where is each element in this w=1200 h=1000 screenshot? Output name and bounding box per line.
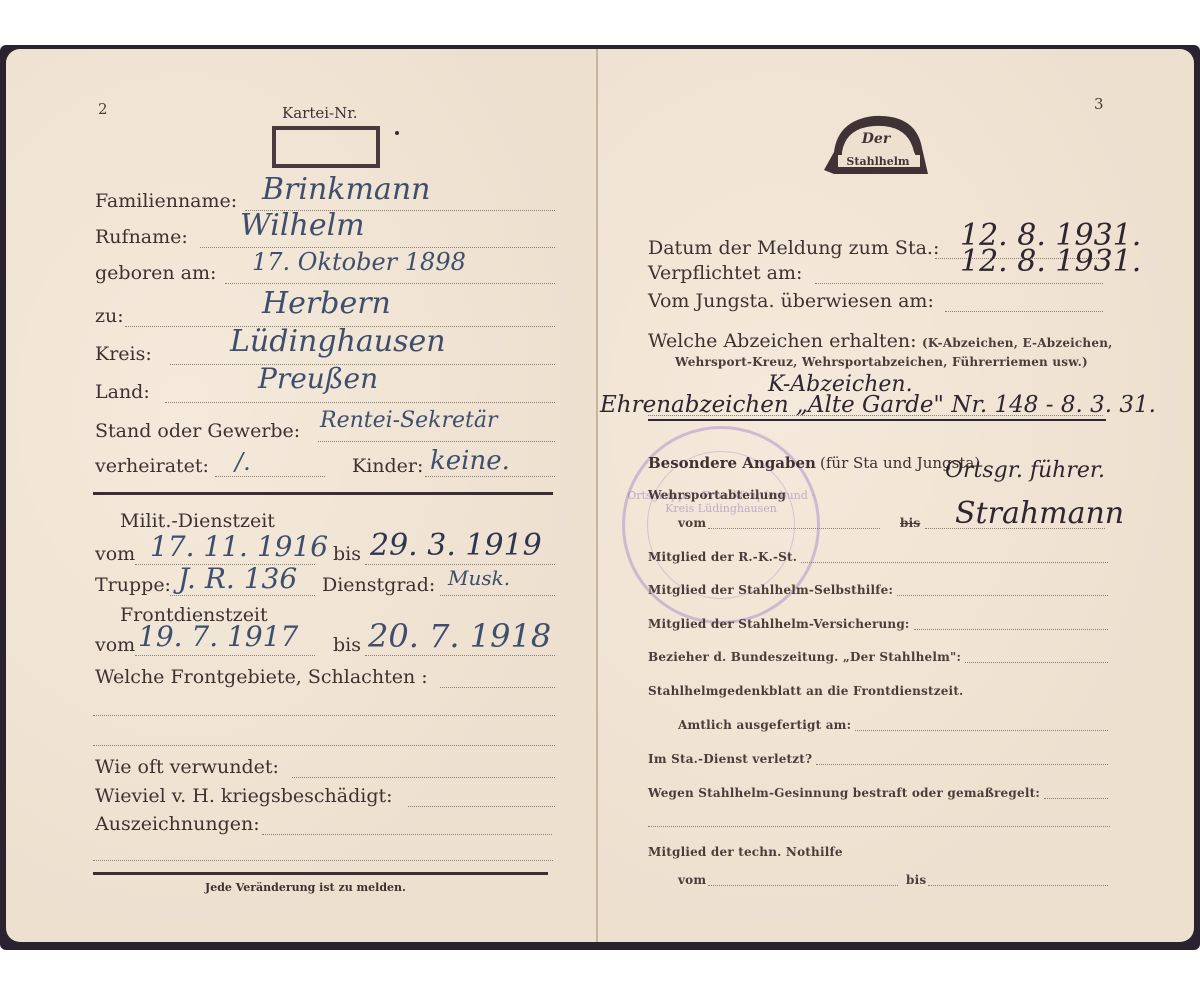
verheiratet-value[interactable]: /. — [235, 448, 251, 476]
truppe-value[interactable]: J. R. 136 — [178, 562, 297, 595]
militaer-bis-label: bis — [333, 543, 361, 565]
familienname-value[interactable]: Brinkmann — [262, 172, 430, 207]
kinder-value[interactable]: keine. — [430, 446, 510, 476]
frontgebiete-line-2 — [93, 715, 555, 716]
field-label: Wegen Stahlhelm-Gesinnung bestraft oder … — [648, 786, 1040, 800]
field-label: Mitglied der R.-K.-St. — [648, 550, 797, 564]
front-vom-label: vom — [95, 634, 135, 656]
frontgebiete-label: Welche Frontgebiete, Schlachten : — [95, 666, 428, 688]
kreis-value[interactable]: Lüdinghausen — [230, 324, 446, 359]
wehrsport-vom-line — [708, 528, 880, 529]
militaer-heading: Milit.-Dienstzeit — [120, 510, 275, 532]
front-bis-value[interactable]: 20. 7. 1918 — [368, 617, 551, 655]
section-divider — [93, 492, 553, 495]
kreis-label: Kreis: — [95, 343, 152, 365]
kartei-number-box[interactable] — [272, 126, 380, 168]
wehrsport-vom-label: vom — [678, 516, 706, 530]
militaer-vom-label: vom — [95, 543, 135, 565]
meldung-label: Datum der Meldung zum Sta.: — [648, 237, 939, 259]
jungsta-label: Vom Jungsta. überwiesen am: — [648, 290, 934, 312]
field-line[interactable] — [965, 662, 1108, 663]
abzeichen-label: Welche Abzeichen erhalten: — [648, 330, 917, 352]
field-line[interactable] — [816, 764, 1108, 765]
page-number-left: 2 — [98, 100, 108, 118]
front-vom-value[interactable]: 19. 7. 1917 — [138, 620, 298, 653]
field-label: Mitglied der Stahlhelm-Versicherung: — [648, 617, 910, 631]
stamp-inner-ring — [647, 451, 795, 599]
kriegsbeschaedigt-line — [408, 806, 555, 807]
frontgebiete-line-1 — [440, 687, 555, 688]
nothilfe-vom-line[interactable] — [708, 885, 898, 886]
kriegsbeschaedigt-label: Wieviel v. H. kriegsbeschädigt: — [95, 785, 393, 807]
besondere-annotation[interactable]: Ortsgr. führer. — [945, 458, 1105, 483]
stand-value[interactable]: Rentei-Sekretär — [320, 408, 498, 433]
abzeichen-hint-2: Wehrsport-Kreuz, Wehrsportabzeichen, Füh… — [675, 355, 1088, 369]
truppe-line — [170, 595, 315, 596]
verpflichtet-value[interactable]: 12. 8. 1931. — [960, 244, 1141, 279]
familienname-label: Familienname: — [95, 190, 237, 212]
land-line — [165, 402, 555, 403]
field-line[interactable] — [855, 730, 1108, 731]
frontgebiete-line-3 — [93, 745, 555, 746]
ink-dot — [395, 131, 399, 135]
militaer-bis-line — [365, 564, 555, 565]
nothilfe-bis-line[interactable] — [928, 885, 1108, 886]
field-label: Stahlhelmgedenkblatt an die Frontdienstz… — [648, 684, 963, 698]
page-number-right: 3 — [1094, 95, 1104, 113]
land-label: Land: — [95, 381, 150, 403]
field-line[interactable] — [1044, 798, 1108, 799]
geboren-value[interactable]: 17. Oktober 1898 — [252, 248, 466, 276]
field-label: Bezieher d. Bundeszeitung. „Der Stahlhel… — [648, 650, 961, 664]
footer-divider — [93, 872, 548, 875]
kinder-label: Kinder: — [352, 455, 423, 477]
auszeichnungen-line-1 — [262, 834, 552, 835]
militaer-vom-value[interactable]: 17. 11. 1916 — [150, 530, 328, 563]
besondere-heading: Besondere Angaben — [648, 454, 816, 472]
wehrsport-bis-label: bis — [900, 516, 920, 530]
footer-note: Jede Veränderung ist zu melden. — [205, 881, 406, 894]
gemassregelt-line-2[interactable] — [648, 826, 1110, 827]
abzeichen-underline — [648, 419, 1106, 421]
rufname-label: Rufname: — [95, 226, 188, 248]
nothilfe-bis-label: bis — [906, 873, 926, 887]
kinder-line — [425, 476, 555, 477]
kartei-label: Kartei-Nr. — [282, 104, 358, 122]
field-label: Mitglied der Stahlhelm-Selbsthilfe: — [648, 583, 893, 597]
field-label: Im Sta.-Dienst verletzt? — [648, 752, 812, 766]
svg-text:Stahlhelm: Stahlhelm — [846, 155, 910, 168]
field-line[interactable] — [801, 562, 1108, 563]
zu-label: zu: — [95, 305, 124, 327]
field-line[interactable] — [914, 629, 1108, 630]
abzeichen-value-2[interactable]: Ehrenabzeichen „Alte Garde" Nr. 148 - 8.… — [600, 392, 1156, 418]
land-value[interactable]: Preußen — [258, 362, 378, 395]
verwundet-line — [292, 777, 555, 778]
abzeichen-hint-1: (K-Abzeichen, E-Abzeichen, — [922, 336, 1113, 350]
zu-value[interactable]: Herbern — [262, 286, 391, 321]
verheiratet-line — [215, 476, 325, 477]
svg-text:Der: Der — [861, 131, 892, 147]
front-vom-line — [135, 655, 315, 656]
dienstgrad-label: Dienstgrad: — [322, 574, 435, 596]
verwundet-label: Wie oft verwundet: — [95, 756, 279, 778]
stahlhelm-helmet-icon: Der Stahlhelm — [812, 108, 942, 180]
verpflichtet-label: Verpflichtet am: — [648, 262, 802, 284]
dienstgrad-line — [440, 595, 555, 596]
field-line[interactable] — [897, 595, 1108, 596]
militaer-bis-value[interactable]: 29. 3. 1919 — [370, 528, 542, 563]
nothilfe-vom-label: vom — [678, 873, 706, 887]
front-bis-label: bis — [333, 634, 361, 656]
stand-label: Stand oder Gewerbe: — [95, 420, 300, 442]
field-label: Amtlich ausgefertigt am: — [678, 718, 851, 732]
signature: Strahmann — [955, 496, 1124, 531]
stand-line — [318, 441, 555, 442]
auszeichnungen-label: Auszeichnungen: — [95, 813, 260, 835]
nothilfe-label: Mitglied der techn. Nothilfe — [648, 845, 843, 859]
geboren-label: geboren am: — [95, 262, 216, 284]
jungsta-line — [945, 311, 1103, 312]
front-bis-line — [365, 655, 555, 656]
wehrsport-label: Wehrsportabteilung — [648, 488, 786, 502]
truppe-label: Truppe: — [95, 574, 171, 596]
geboren-line — [225, 283, 555, 284]
rufname-value[interactable]: Wilhelm — [240, 208, 365, 243]
dienstgrad-value[interactable]: Musk. — [448, 566, 510, 590]
auszeichnungen-line-2 — [93, 860, 553, 861]
verheiratet-label: verheiratet: — [95, 455, 209, 477]
verpflichtet-line — [815, 283, 1103, 284]
